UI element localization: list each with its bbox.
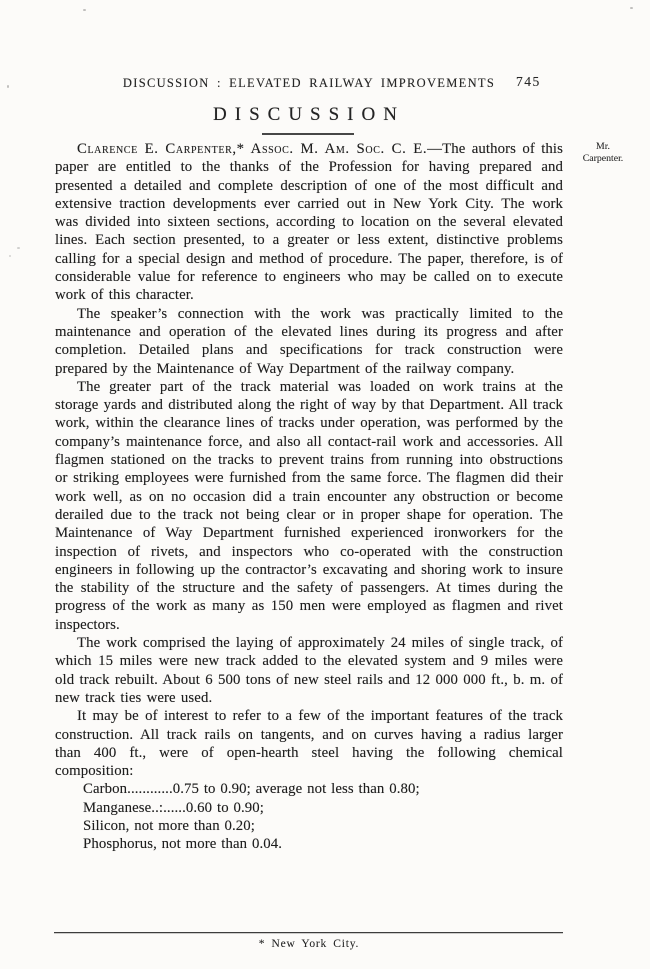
- paragraph-5: It may be of interest to refer to a few …: [55, 707, 563, 780]
- margin-note-line2: Carpenter.: [561, 153, 645, 165]
- paragraph-1-text: —The authors of this paper are entitled …: [55, 141, 563, 303]
- chemical-composition-list: Carbon............0.75 to 0.90; average …: [55, 780, 563, 853]
- paragraph-4: The work comprised the laying of approxi…: [55, 634, 563, 707]
- scan-speck: [9, 255, 11, 257]
- margin-note-line1: Mr.: [561, 141, 645, 153]
- margin-note-speaker: Mr. Carpenter.: [561, 141, 645, 164]
- speaker-name-smallcaps: Clarence E. Carpenter,* Assoc. M. Am. So…: [77, 141, 427, 157]
- title-underline-rule: [262, 133, 354, 135]
- scan-speck: [630, 7, 633, 9]
- footnote-rule: [54, 932, 563, 933]
- paragraph-1: Clarence E. Carpenter,* Assoc. M. Am. So…: [55, 140, 563, 305]
- paragraph-2: The speaker’s connection with the work w…: [55, 305, 563, 378]
- page-number: 745: [516, 74, 541, 90]
- body-text-block: Clarence E. Carpenter,* Assoc. M. Am. So…: [55, 140, 563, 854]
- composition-item-silicon: Silicon, not more than 0.20;: [83, 817, 563, 835]
- scanned-paper-page: DISCUSSION : ELEVATED RAILWAY IMPROVEMEN…: [0, 0, 650, 969]
- scan-speck: [83, 9, 86, 11]
- composition-item-carbon: Carbon............0.75 to 0.90; average …: [83, 780, 563, 798]
- running-title: DISCUSSION : ELEVATED RAILWAY IMPROVEMEN…: [55, 76, 563, 91]
- scan-speck: [7, 85, 9, 88]
- paragraph-3: The greater part of the track material w…: [55, 378, 563, 634]
- section-title: DISCUSSION: [55, 104, 563, 126]
- composition-item-phosphorus: Phosphorus, not more than 0.04.: [83, 835, 563, 853]
- scan-speck: [17, 247, 20, 249]
- footnote-text: * New York City.: [55, 938, 563, 950]
- composition-item-manganese: Manganese..:......0.60 to 0.90;: [83, 799, 563, 817]
